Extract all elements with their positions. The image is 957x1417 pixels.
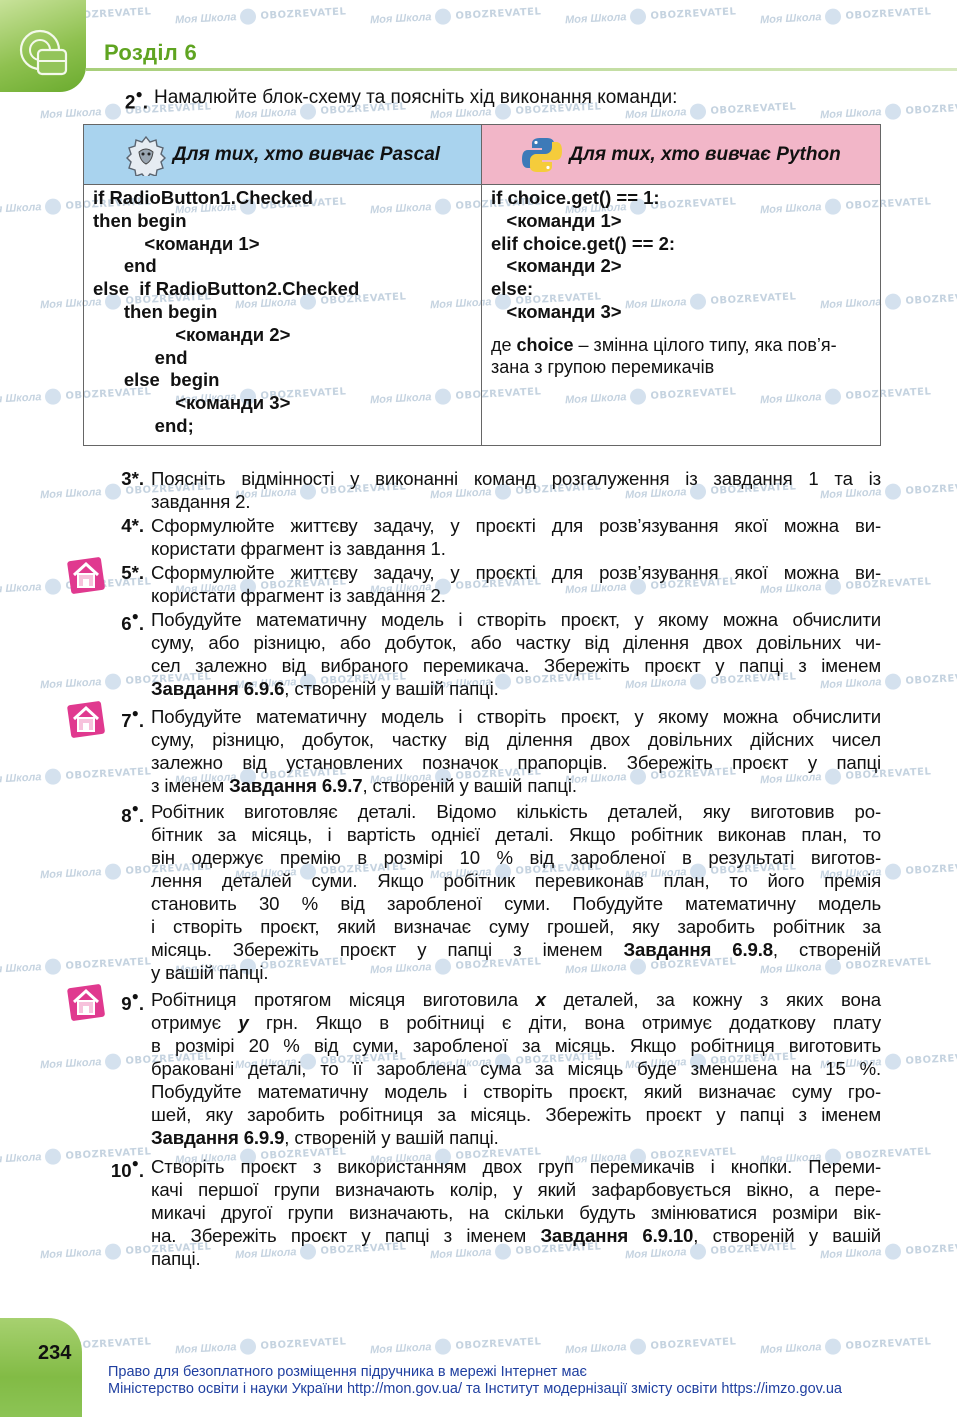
task-number: 5*. <box>92 561 144 584</box>
task-text: Створіть проєкт з використанням двох гру… <box>151 1155 881 1270</box>
pascal-code-line: if RadioButton1.Checked <box>93 187 472 210</box>
task-number: 6●. <box>92 608 144 635</box>
task-text: Поясніть відмінності у виконанні команд … <box>151 467 881 513</box>
pascal-code-line: <команди 1> <box>93 233 472 256</box>
task-number: 4*. <box>92 514 144 537</box>
task-number: 7●. <box>92 705 144 732</box>
python-code-line: else: <box>491 278 871 301</box>
section-title: Розділ 6 <box>104 40 197 66</box>
watermark: Моя ШколаOBOZREVATEL <box>0 764 152 789</box>
header-divider <box>86 68 957 71</box>
watermark: Моя ШколаOBOZREVATEL <box>370 1334 542 1359</box>
page-number: 234 <box>38 1342 71 1365</box>
code-comparison-table: Для тих, хто вивчає Pascal Для тих, хто … <box>83 124 881 446</box>
python-note: де choice – змінна цілого типу, яка пов’… <box>491 334 871 378</box>
task-number: 10●. <box>92 1155 144 1182</box>
task-number: 3*. <box>92 467 144 490</box>
disc-card-icon <box>18 28 74 84</box>
pascal-code-line: else begin <box>93 369 472 392</box>
watermark: Моя ШколаOBOZREVATEL <box>0 954 152 979</box>
task-text: Сформулюйте життєву задачу, у проєкті дл… <box>151 514 881 560</box>
task-text: Побудуйте математичну модель і створіть … <box>151 705 881 797</box>
footer-line-1: Право для безоплатного розміщення підруч… <box>108 1364 842 1381</box>
task-text: Робітниця протягом місяця виготовила x д… <box>151 988 881 1149</box>
pascal-header: Для тих, хто вивчає Pascal <box>84 125 482 185</box>
chapter-corner-tab <box>0 0 86 92</box>
pascal-code-line: <команди 3> <box>93 392 472 415</box>
pascal-code-line: then begin <box>93 210 472 233</box>
footer-license: Право для безоплатного розміщення підруч… <box>108 1364 842 1398</box>
task-text: Побудуйте математичну модель і створіть … <box>151 608 881 700</box>
watermark: Моя ШколаOBOZREVATEL <box>565 1334 737 1359</box>
watermark: Моя ШколаOBOZREVATEL <box>175 4 347 29</box>
footer-line-2: Міністерство освіти і науки України http… <box>108 1381 842 1398</box>
pascal-code-line: else if RadioButton2.Checked <box>93 278 472 301</box>
pascal-code-line: <команди 2> <box>93 324 472 347</box>
task-number: 2●. <box>100 86 148 114</box>
python-code-line: elif choice.get() == 2: <box>491 233 871 256</box>
pascal-code: if RadioButton1.Checkedthen begin <коман… <box>84 185 482 445</box>
watermark: Моя ШколаOBOZREVATEL <box>175 1334 347 1359</box>
task-number: 9●. <box>92 988 144 1015</box>
pascal-header-label: Для тих, хто вивчає Pascal <box>173 144 440 166</box>
watermark: Моя ШколаOBOZREVATEL <box>760 4 932 29</box>
pascal-code-line: end <box>93 255 472 278</box>
task-text: Робітник виготовляє деталі. Відомо кільк… <box>151 800 881 984</box>
pascal-code-line: end; <box>93 415 472 438</box>
python-header: Для тих, хто вивчає Python <box>482 125 880 185</box>
pascal-code-line: then begin <box>93 301 472 324</box>
python-code-line: if choice.get() == 1: <box>491 187 871 210</box>
python-code: if choice.get() == 1: <команди 1>elif ch… <box>482 185 880 445</box>
pascal-code-line: end <box>93 347 472 370</box>
watermark: Моя ШколаOBOZREVATEL <box>565 4 737 29</box>
watermark: Моя ШколаOBOZREVATEL <box>370 4 542 29</box>
task-number: 8●. <box>92 800 144 827</box>
task-text: Намалюйте блок-схему та поясніть хід вик… <box>154 86 894 109</box>
task-text: Сформулюйте життєву задачу, у проєкті дл… <box>151 561 881 607</box>
watermark: Моя ШколаOBOZREVATEL <box>760 1334 932 1359</box>
python-header-label: Для тих, хто вивчає Python <box>569 144 840 166</box>
python-code-line: <команди 2> <box>491 255 871 278</box>
page-number-tab <box>0 1318 82 1417</box>
python-logo-icon <box>521 134 563 176</box>
python-code-line: <команди 3> <box>491 301 871 324</box>
pascal-gear-icon <box>125 134 167 176</box>
python-code-line: <команди 1> <box>491 210 871 233</box>
